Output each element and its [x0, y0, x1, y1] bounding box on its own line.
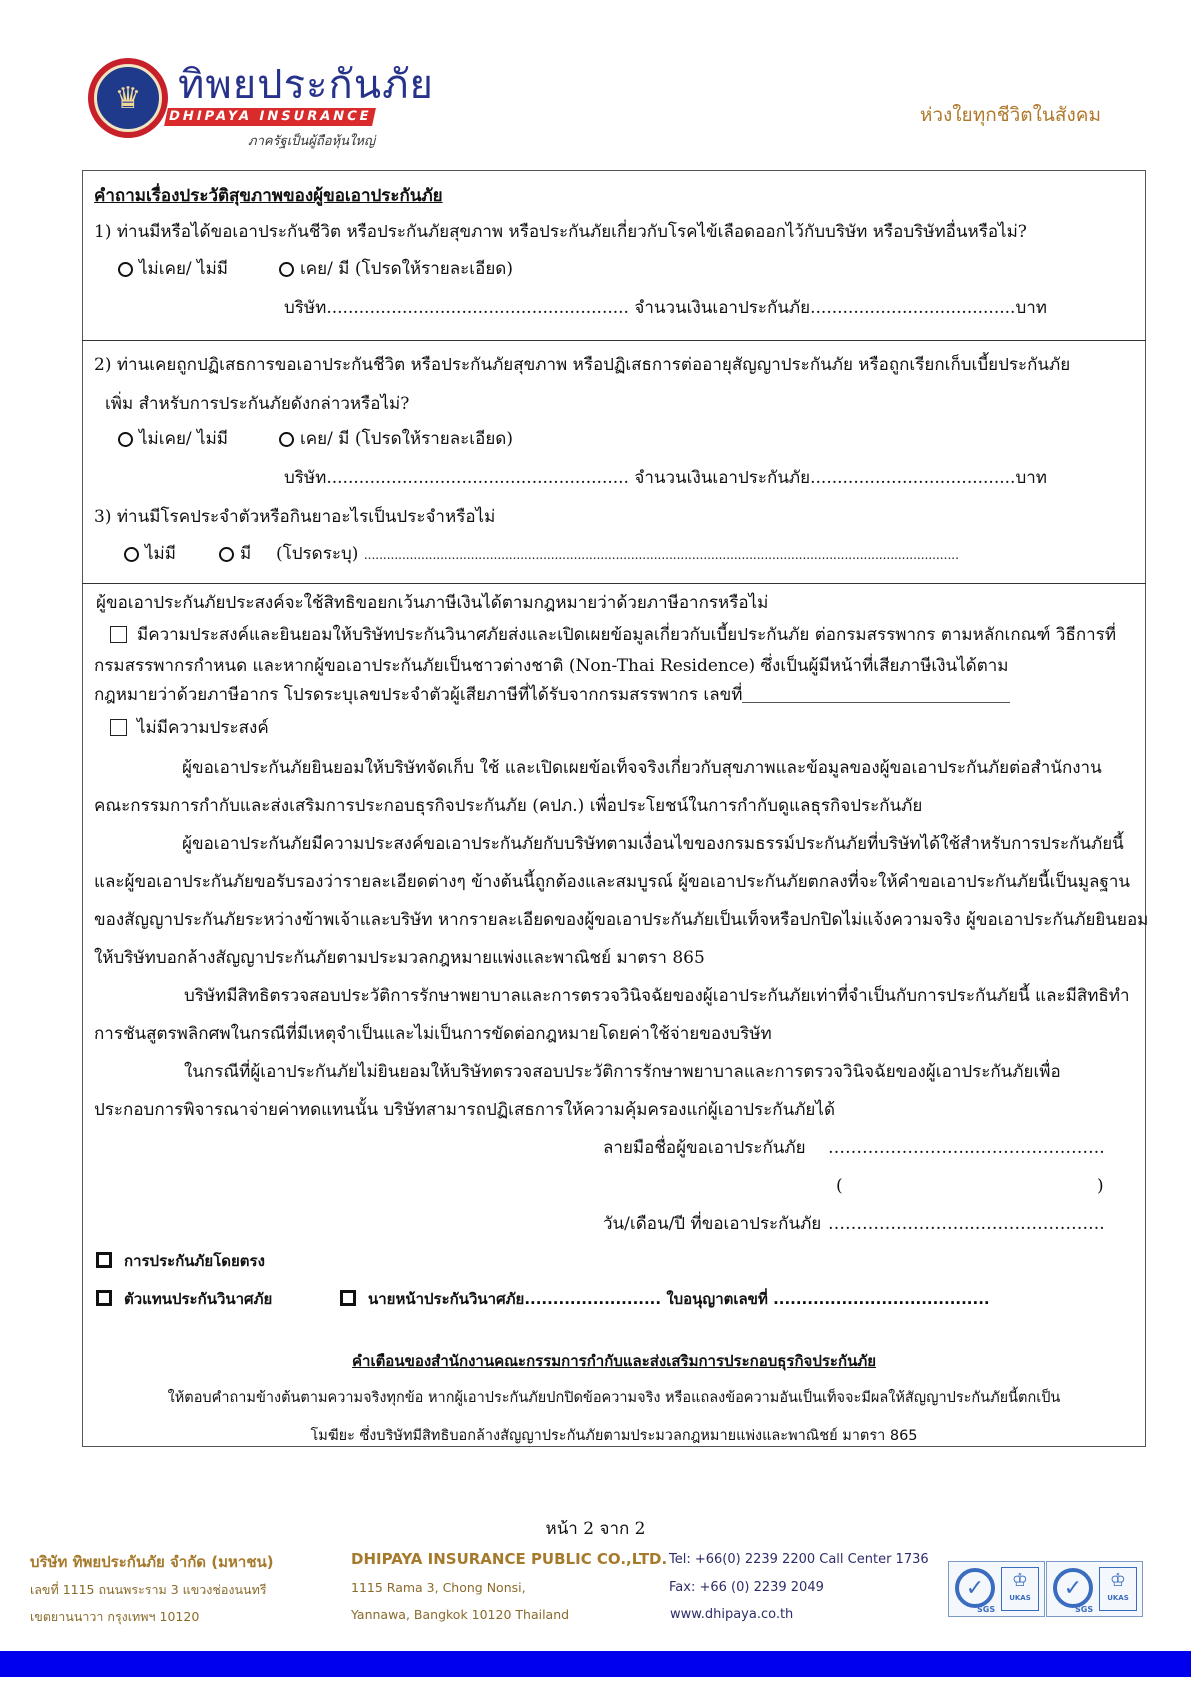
- company-logo: ♛ ทิพยประกันภัย DHIPAYA INSURANCE ภาครัฐ…: [88, 52, 388, 152]
- name-paren-open: (: [836, 1175, 843, 1197]
- consent-p2-line3: ของสัญญาประกันภัยระหว่างข้าพเจ้าและบริษั…: [94, 909, 1148, 931]
- q1-amount-field[interactable]: ......................................: [810, 298, 1015, 318]
- checkbox-icon[interactable]: [110, 626, 127, 643]
- ukas-crown-icon: ♔UKAS: [1099, 1567, 1137, 1611]
- address-en-2: Yannawa, Bangkok 10120 Thailand: [351, 1607, 569, 1622]
- footer-color-bar: [0, 1651, 1191, 1677]
- company-name-en: DHIPAYA INSURANCE PUBLIC CO.,LTD.: [351, 1550, 667, 1568]
- consent-p4-line2: ประกอบการพิจารณาจ่ายค่าทดแทนนั้น บริษัทส…: [94, 1099, 835, 1121]
- warning-line2: โมฆียะ ซึ่งบริษัทมีสิทธิบอกล้างสัญญาประก…: [82, 1425, 1146, 1447]
- q2-option-no[interactable]: ไม่เคย/ ไม่มี: [118, 428, 228, 450]
- consent-p3-line2: การชันสูตรพลิกศพในกรณีที่มีเหตุจำเป็นและ…: [94, 1023, 772, 1045]
- q2-amount-field[interactable]: ......................................: [810, 468, 1015, 488]
- health-section-title: คำถามเรื่องประวัติสุขภาพของผู้ขอเอาประกั…: [94, 185, 443, 207]
- question-2-line2: เพิ่ม สำหรับการประกันภัยดังกล่าวหรือไม่?: [105, 393, 409, 415]
- q1-company-field[interactable]: ........................................…: [326, 298, 629, 318]
- sgs-check-icon: ✓: [955, 1568, 995, 1608]
- question-3: 3) ท่านมีโรคประจำตัวหรือกินยาอะไรเป็นประ…: [94, 506, 495, 528]
- consent-p3-line1: บริษัทมีสิทธิตรวจสอบประวัติการรักษาพยาบา…: [184, 985, 1130, 1007]
- sgs-check-icon: ✓: [1053, 1568, 1093, 1608]
- tax-question: ผู้ขอเอาประกันภัยประสงค์จะใช้สิทธิขอยกเว…: [96, 592, 768, 614]
- certification-badge: ✓ SGS ♔UKAS: [1046, 1561, 1143, 1617]
- consent-p2-line2: และผู้ขอเอาประกันภัยขอรับรองว่ารายละเอีย…: [94, 871, 1130, 893]
- certification-badge: ✓ SGS ♔UKAS: [948, 1561, 1045, 1617]
- consent-p4-line1: ในกรณีที่ผู้เอาประกันภัยไม่ยินยอมให้บริษ…: [184, 1061, 1061, 1083]
- company-name-th: บริษัท ทิพยประกันภัย จำกัด (มหาชน): [30, 1550, 274, 1574]
- section-divider: [82, 583, 1146, 584]
- q2-option-yes[interactable]: เคย/ มี (โปรดให้รายละเอียด): [279, 428, 513, 450]
- q2-company-field[interactable]: ........................................…: [326, 468, 629, 488]
- address-en-1: 1115 Rama 3, Chong Nonsi,: [351, 1580, 526, 1595]
- broker-field[interactable]: ........................: [524, 1290, 661, 1308]
- tax-id-field[interactable]: [742, 702, 1010, 703]
- tax-option-no[interactable]: ไม่มีความประสงค์: [110, 717, 269, 739]
- consent-p1-line2: คณะกรรมการกำกับและส่งเสริมการประกอบธุรกิ…: [94, 795, 922, 817]
- fax: Fax: +66 (0) 2239 2049: [669, 1580, 824, 1595]
- consent-p2-line1: ผู้ขอเอาประกันภัยมีความประสงค์ขอเอาประกั…: [182, 833, 1124, 855]
- q1-option-no[interactable]: ไม่เคย/ ไม่มี: [118, 258, 228, 280]
- section-divider: [82, 340, 1146, 341]
- logo-thai-text: ทิพยประกันภัย: [178, 52, 434, 116]
- name-paren-close: ): [1097, 1175, 1104, 1197]
- page-number: หน้า 2 จาก 2: [0, 1515, 1191, 1542]
- radio-icon[interactable]: [219, 547, 234, 562]
- telephone: Tel: +66(0) 2239 2200 Call Center 1736: [669, 1552, 929, 1567]
- checkbox-icon[interactable]: [96, 1290, 112, 1306]
- license-number-field[interactable]: ......................................: [773, 1290, 990, 1308]
- address-th-2: เขตยานนาวา กรุงเทพฯ 10120: [30, 1607, 199, 1627]
- consent-p2-line4: ให้บริษัทบอกล้างสัญญาประกันภัยตามประมวลก…: [94, 947, 705, 969]
- signature-label: ลายมือชื่อผู้ขอเอาประกันภัย: [603, 1137, 806, 1159]
- checkbox-icon[interactable]: [96, 1252, 112, 1268]
- q1-details-line: บริษัท..................................…: [284, 297, 1047, 319]
- slogan: ห่วงใยทุกชีวิตในสังคม: [920, 100, 1101, 130]
- question-1: 1) ท่านมีหรือได้ขอเอาประกันชีวิต หรือประ…: [94, 221, 1027, 243]
- channel-broker[interactable]: นายหน้าประกันวินาศภัย...................…: [340, 1288, 990, 1310]
- address-th-1: เลขที่ 1115 ถนนพระราม 3 แขวงช่องนนทรี: [30, 1580, 267, 1600]
- ukas-crown-icon: ♔UKAS: [1001, 1567, 1039, 1611]
- q3-option-yes[interactable]: มี: [219, 543, 251, 565]
- q3-specify-field[interactable]: ........................................…: [364, 548, 959, 562]
- radio-icon[interactable]: [124, 547, 139, 562]
- channel-direct[interactable]: การประกันภัยโดยตรง: [96, 1250, 265, 1272]
- consent-p1-line1: ผู้ขอเอาประกันภัยยินยอมให้บริษัทจัดเก็บ …: [182, 757, 1102, 779]
- deity-emblem-icon: ♛: [88, 58, 168, 138]
- website-link[interactable]: www.dhipaya.co.th: [670, 1607, 793, 1622]
- date-label: วัน/เดือน/ปี ที่ขอเอาประกันภัย: [603, 1213, 821, 1235]
- radio-icon[interactable]: [118, 432, 133, 447]
- question-2-line1: 2) ท่านเคยถูกปฏิเสธการขอเอาประกันชีวิต ห…: [94, 354, 1070, 376]
- checkbox-icon[interactable]: [340, 1290, 356, 1306]
- radio-icon[interactable]: [118, 262, 133, 277]
- radio-icon[interactable]: [279, 432, 294, 447]
- q3-option-no[interactable]: ไม่มี: [124, 543, 176, 565]
- tax-option-yes-line2: กรมสรรพากรกำหนด และหากผู้ขอเอาประกันภัยเ…: [94, 655, 1009, 677]
- logo-subtitle: ภาครัฐเป็นผู้ถือหุ้นใหญ่: [248, 130, 375, 151]
- radio-icon[interactable]: [279, 262, 294, 277]
- signature-field[interactable]: ……………………..…………………..: [828, 1137, 1105, 1159]
- warning-line1: ให้ตอบคำถามข้างต้นตามความจริงทุกข้อ หากผ…: [82, 1387, 1146, 1409]
- q2-details-line: บริษัท..................................…: [284, 467, 1047, 489]
- channel-agent[interactable]: ตัวแทนประกันวินาศภัย: [96, 1288, 272, 1310]
- date-field[interactable]: ……………………..…………………..: [828, 1213, 1105, 1235]
- q3-specify-line: (โปรดระบุ) .............................…: [276, 543, 959, 566]
- logo-english-text: DHIPAYA INSURANCE: [164, 108, 376, 126]
- checkbox-icon[interactable]: [110, 719, 127, 736]
- warning-title: คำเตือนของสำนักงานคณะกรรมการกำกับและส่งเ…: [0, 1350, 1191, 1372]
- tax-option-yes[interactable]: มีความประสงค์และยินยอมให้บริษัทประกันวิน…: [110, 624, 1116, 646]
- q1-option-yes[interactable]: เคย/ มี (โปรดให้รายละเอียด): [279, 258, 513, 280]
- tax-option-yes-line3: กฎหมายว่าด้วยภาษีอากร โปรดระบุเลขประจำตั…: [94, 684, 742, 706]
